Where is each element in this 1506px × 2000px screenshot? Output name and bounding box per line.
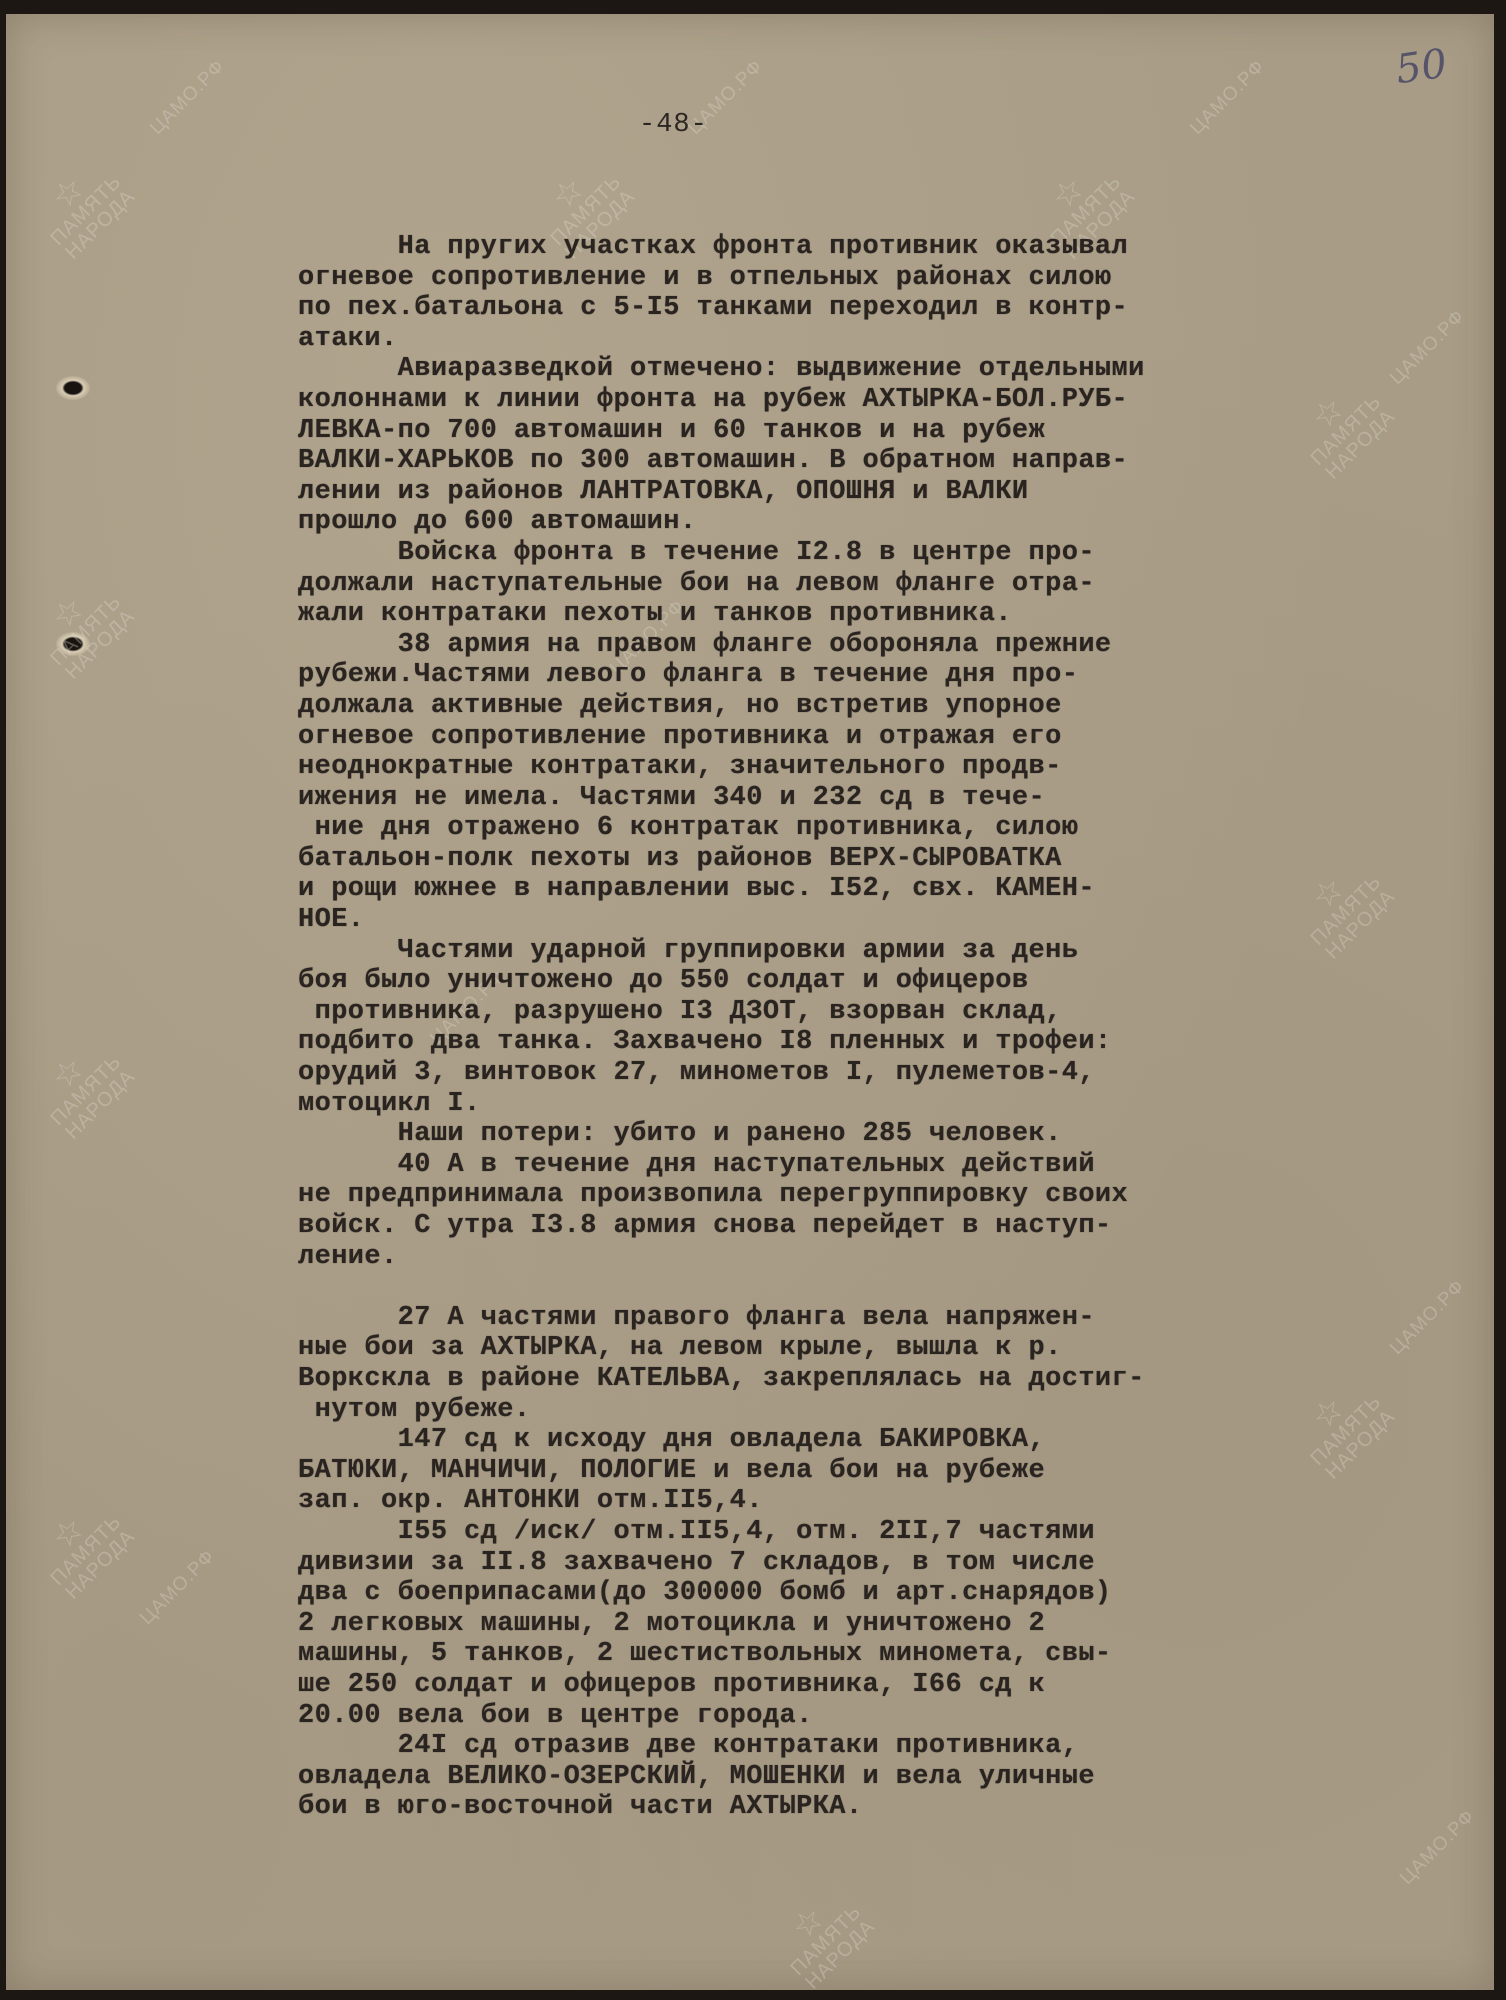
text-line: дивизии за II.8 захвачено 7 складов, в т… xyxy=(298,1548,1358,1579)
binder-hole xyxy=(56,376,90,400)
watermark-pamyat-naroda: ☆ ПАМЯТЬ НАРОДА xyxy=(26,150,139,263)
document-page: ЦАМО.РФ ЦАМО.РФ ЦАМО.РФ ЦАМО.РФ ЦАМО.РФ … xyxy=(6,14,1494,1990)
text-line: не предпринимала произвопила перегруппир… xyxy=(298,1180,1358,1211)
watermark-camo: ЦАМО.РФ xyxy=(1396,1806,1480,1890)
text-line: по пех.батальона с 5-I5 танками переходи… xyxy=(298,293,1358,324)
text-line: Воркскла в районе КАТЕЛЬВА, закреплялась… xyxy=(298,1364,1358,1395)
text-line: На пругих участках фронта противник оказ… xyxy=(298,232,1358,263)
text-line: подбито два танка. Захвачено I8 пленных … xyxy=(298,1027,1358,1058)
text-line: ление. xyxy=(298,1242,1358,1273)
text-line: зап. окр. АНТОНКИ отм.II5,4. xyxy=(298,1486,1358,1517)
text-line: батальон-полк пехоты из районов ВЕРХ-СЫР… xyxy=(298,844,1358,875)
watermark-pamyat-naroda: ☆ ПАМЯТЬ НАРОДА xyxy=(766,1880,879,1993)
text-line: должали наступательные бои на левом флан… xyxy=(298,569,1358,600)
text-line: войск. С утра I3.8 армия снова перейдет … xyxy=(298,1211,1358,1242)
text-line: Авиаразведкой отмечено: выдвижение отдел… xyxy=(298,354,1358,385)
text-line: рубежи.Частями левого фланга в течение д… xyxy=(298,660,1358,691)
text-line: ше 250 солдат и офицеров противника, I66… xyxy=(298,1670,1358,1701)
text-line: ние дня отражено 6 контратак противника,… xyxy=(298,813,1358,844)
text-line: машины, 5 танков, 2 шестиствольных мином… xyxy=(298,1639,1358,1670)
watermark-camo: ЦАМО.РФ xyxy=(1186,56,1270,140)
text-line: НОЕ. xyxy=(298,905,1358,936)
text-line: I55 сд /иск/ отм.II5,4, отм. 2II,7 частя… xyxy=(298,1517,1358,1548)
text-line: огневое сопротивление противника и отраж… xyxy=(298,722,1358,753)
text-line: прошло до 600 автомашин. xyxy=(298,507,1358,538)
text-line: атаки. xyxy=(298,324,1358,355)
watermark-camo: ЦАМО.РФ xyxy=(1386,306,1470,390)
text-line: ные бои за АХТЫРКА, на левом крыле, вышл… xyxy=(298,1333,1358,1364)
text-line: колоннами к линии фронта на рубеж АХТЫРК… xyxy=(298,385,1358,416)
text-line: БАТЮКИ, МАНЧИЧИ, ПОЛОГИЕ и вела бои на р… xyxy=(298,1456,1358,1487)
text-line: ижения не имела. Частями 340 и 232 сд в … xyxy=(298,783,1358,814)
text-line: лении из районов ЛАНТРАТОВКА, ОПОШНЯ и В… xyxy=(298,477,1358,508)
watermark-pamyat-naroda: ☆ ПАМЯТЬ НАРОДА xyxy=(26,570,139,683)
watermark-pamyat-naroda: ☆ ПАМЯТЬ НАРОДА xyxy=(26,1490,139,1603)
document-body: На пругих участках фронта противник оказ… xyxy=(298,232,1358,1823)
text-line: орудий 3, винтовок 27, минометов I, пуле… xyxy=(298,1058,1358,1089)
text-line: боя было уничтожено до 550 солдат и офиц… xyxy=(298,966,1358,997)
text-line: ЛЕВКА-по 700 автомашин и 60 танков и на … xyxy=(298,416,1358,447)
text-line: ВАЛКИ-ХАРЬКОВ по 300 автомашин. В обратн… xyxy=(298,446,1358,477)
text-line: и рощи южнее в направлении выс. I52, свх… xyxy=(298,874,1358,905)
text-line: 24I сд отразив две контратаки противника… xyxy=(298,1731,1358,1762)
text-line: противника, разрушено I3 ДЗОТ, взорван с… xyxy=(298,997,1358,1028)
text-line: неоднократные контратаки, значительного … xyxy=(298,752,1358,783)
watermark-pamyat-naroda: ☆ ПАМЯТЬ НАРОДА xyxy=(26,1030,139,1143)
text-line: бои в юго-восточной части АХТЫРКА. xyxy=(298,1792,1358,1823)
text-line: 27 А частями правого фланга вела напряже… xyxy=(298,1303,1358,1334)
text-line: два с боеприпасами(до 300000 бомб и арт.… xyxy=(298,1578,1358,1609)
text-line: 38 армия на правом фланге обороняла преж… xyxy=(298,630,1358,661)
watermark-camo: ЦАМО.РФ xyxy=(136,1546,220,1630)
watermark-camo: ЦАМО.РФ xyxy=(146,56,230,140)
folio-number: 50 xyxy=(1393,41,1450,94)
text-line: 2 легковых машины, 2 мотоцикла и уничтож… xyxy=(298,1609,1358,1640)
text-line: 20.00 вела бои в центре города. xyxy=(298,1701,1358,1732)
text-line: 40 А в течение дня наступательных действ… xyxy=(298,1150,1358,1181)
text-line: должала активные действия, но встретив у… xyxy=(298,691,1358,722)
text-line xyxy=(298,1272,1358,1303)
text-line: 147 сд к исходу дня овладела БАКИРОВКА, xyxy=(298,1425,1358,1456)
text-line: Наши потери: убито и ранено 285 человек. xyxy=(298,1119,1358,1150)
text-line: нутом рубеже. xyxy=(298,1395,1358,1426)
text-line: мотоцикл I. xyxy=(298,1089,1358,1120)
watermark-camo: ЦАМО.РФ xyxy=(1386,1276,1470,1360)
text-line: жали контратаки пехоты и танков противни… xyxy=(298,599,1358,630)
text-line: огневое сопротивление и в отпельных райо… xyxy=(298,263,1358,294)
text-line: Частями ударной группировки армии за ден… xyxy=(298,936,1358,967)
page-number: -48- xyxy=(639,110,708,140)
text-line: овладела ВЕЛИКО-ОЗЕРСКИЙ, МОШЕНКИ и вела… xyxy=(298,1762,1358,1793)
text-line: Войска фронта в течение I2.8 в центре пр… xyxy=(298,538,1358,569)
